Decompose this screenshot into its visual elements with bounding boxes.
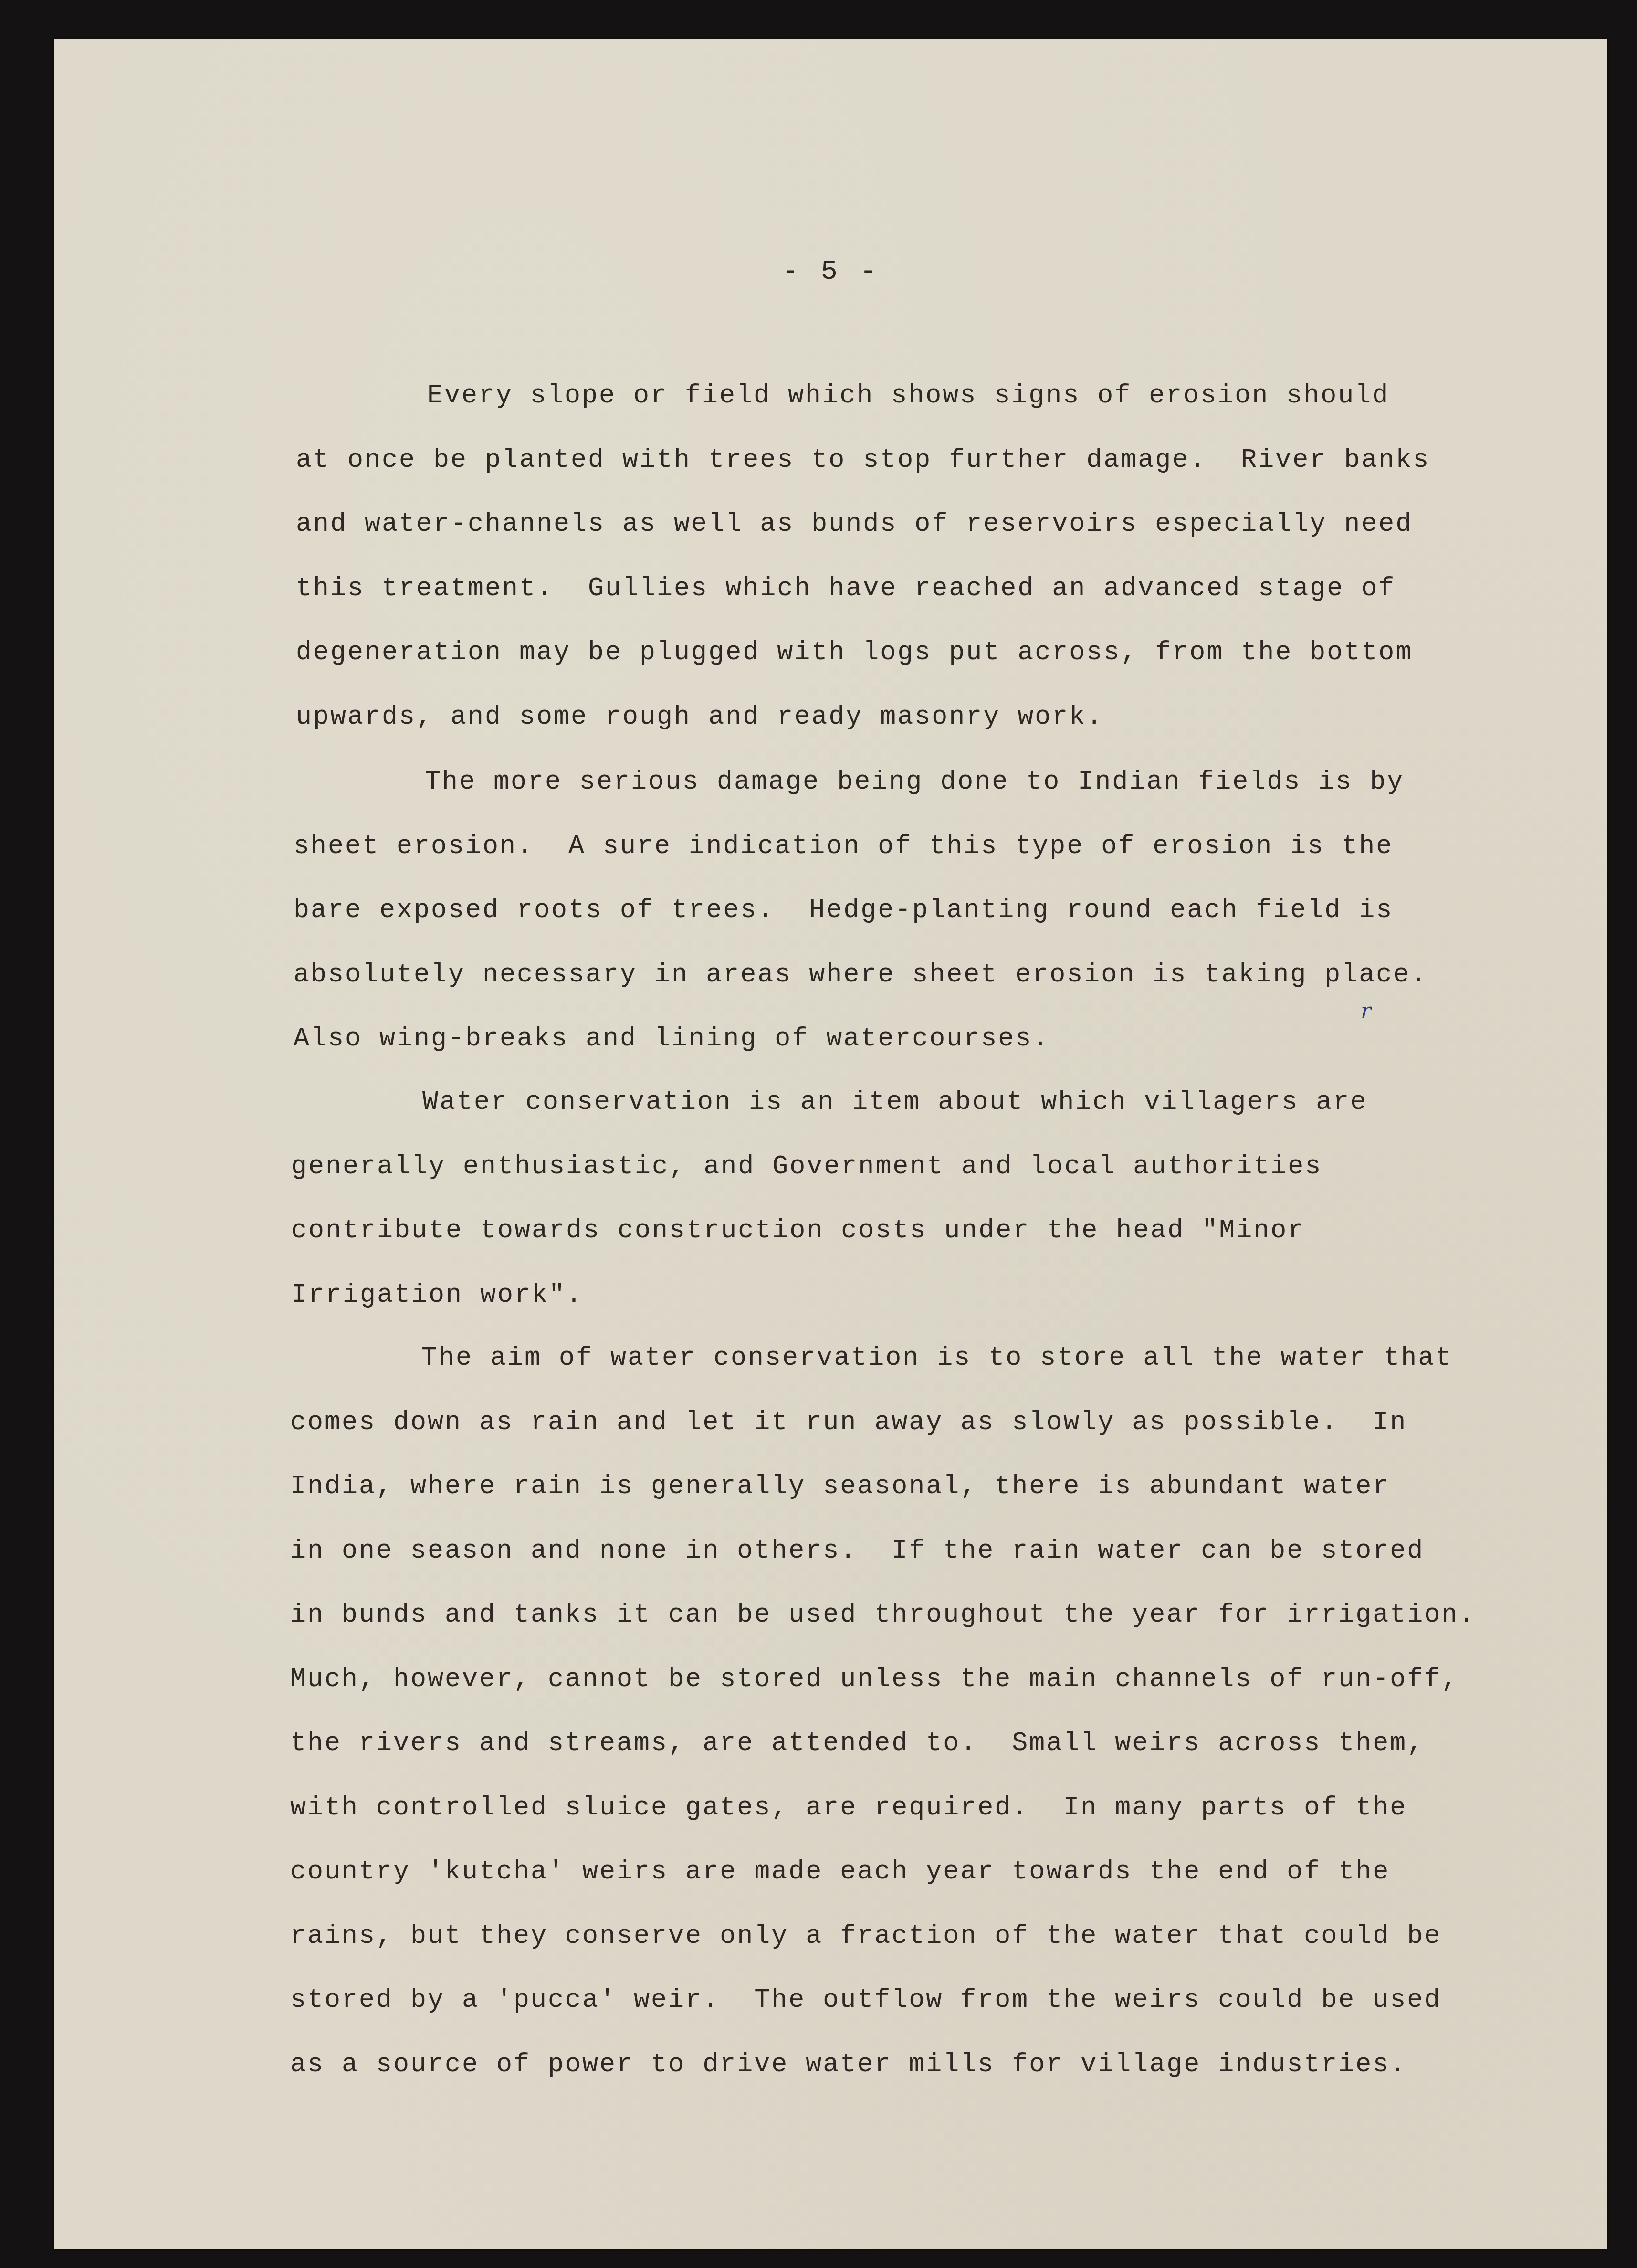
text-line: sheet erosion. A sure indication of this… bbox=[294, 814, 1427, 879]
text-line: Also wing-breaks and lining of watercour… bbox=[294, 1007, 1427, 1071]
paragraph-4: The aim of water conservation is to stor… bbox=[290, 1326, 1476, 2097]
text-line: country 'kutcha' weirs are made each yea… bbox=[290, 1840, 1476, 1904]
text-line: The aim of water conservation is to stor… bbox=[290, 1326, 1476, 1391]
text-line: generally enthusiastic, and Government a… bbox=[291, 1135, 1367, 1199]
text-line: rains, but they conserve only a fraction… bbox=[290, 1904, 1476, 1969]
paragraph-3: Water conservation is an item about whic… bbox=[291, 1070, 1367, 1327]
text-line: and water-channels as well as bunds of r… bbox=[296, 492, 1430, 557]
document-page: - 5 - r Every slope or field which shows… bbox=[54, 39, 1607, 2249]
text-line: Much, however, cannot be stored unless t… bbox=[290, 1647, 1476, 1712]
text-line: upwards, and some rough and ready masonr… bbox=[296, 685, 1430, 749]
text-line: with controlled sluice gates, are requir… bbox=[290, 1776, 1476, 1840]
text-line: absolutely necessary in areas where shee… bbox=[294, 943, 1427, 1007]
page-number: - 5 - bbox=[54, 256, 1607, 287]
text-line: comes down as rain and let it run away a… bbox=[290, 1391, 1476, 1455]
text-line: at once be planted with trees to stop fu… bbox=[296, 428, 1430, 493]
text-line: in one season and none in others. If the… bbox=[290, 1519, 1476, 1583]
text-line: The more serious damage being done to In… bbox=[294, 750, 1427, 814]
text-line: degeneration may be plugged with logs pu… bbox=[296, 621, 1430, 685]
text-line: Water conservation is an item about whic… bbox=[291, 1070, 1367, 1135]
text-line: in bunds and tanks it can be used throug… bbox=[290, 1583, 1476, 1647]
text-line: Every slope or field which shows signs o… bbox=[296, 364, 1430, 428]
paragraph-2: The more serious damage being done to In… bbox=[294, 750, 1427, 1071]
text-line: bare exposed roots of trees. Hedge-plant… bbox=[294, 878, 1427, 943]
text-line: stored by a 'pucca' weir. The outflow fr… bbox=[290, 1968, 1476, 2033]
text-line: India, where rain is generally seasonal,… bbox=[290, 1455, 1476, 1519]
paragraph-1: Every slope or field which shows signs o… bbox=[296, 364, 1430, 749]
text-line: the rivers and streams, are attended to.… bbox=[290, 1711, 1476, 1776]
text-line: Irrigation work". bbox=[291, 1263, 1367, 1328]
text-line: contribute towards construction costs un… bbox=[291, 1199, 1367, 1263]
text-line: this treatment. Gullies which have reach… bbox=[296, 557, 1430, 621]
text-line: as a source of power to drive water mill… bbox=[290, 2033, 1476, 2097]
